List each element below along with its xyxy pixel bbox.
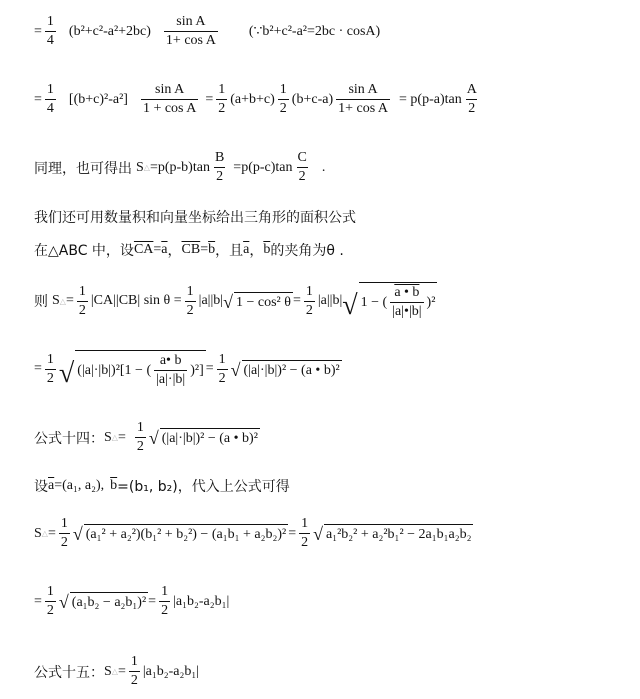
fraction: 12 — [278, 82, 289, 117]
equation-line-2: = 14 [(b+c)²-a²] sin A1 + cos A = 12 (a+… — [34, 82, 482, 117]
square-root: √(a₁b₂ − a₂b₁)² — [59, 592, 148, 611]
formula-label: 公式十五： — [34, 662, 104, 682]
vector-b: b — [208, 242, 215, 258]
fraction: B2 — [213, 150, 226, 185]
fraction: 12 — [45, 352, 56, 387]
intro-text: 我们还可用数量积和向量坐标给出三角形的面积公式 — [34, 207, 356, 227]
square-root: √ 1 − ( a • b|a|•|b| )² — [342, 282, 437, 320]
vector-b: b — [110, 478, 117, 494]
equation-line-4: S △ = 12 √(a₁² + a₂²)(b₁² + b₂²) − (a₁b₁… — [34, 516, 473, 551]
fraction: 12 — [185, 284, 196, 319]
fraction: sin A1 + cos A — [141, 82, 198, 117]
coords-line: 设 a =(a₁, a₂), b =(b₁, b₂)，代入上公式可得 — [34, 476, 290, 496]
fraction: 14 — [45, 82, 56, 117]
expression: =p(p-c)tan — [233, 160, 292, 176]
fraction: 12 — [129, 654, 140, 689]
setup-line: 在△ABC 中，设 CA = a ， CB = b ，且 a ， b 的夹角为θ… — [34, 240, 344, 260]
square-root: √(a₁² + a₂²)(b₁² + b₂²) − (a₁b₁ + a₂b₂)² — [73, 524, 288, 543]
expression: =p(p-b)tan — [150, 160, 210, 176]
formula-label: 公式十四： — [34, 428, 104, 448]
equals-sign: = — [34, 24, 42, 40]
fraction: 12 — [59, 516, 70, 551]
fraction-sin-over-cos: sin A1+ cos A — [164, 14, 218, 49]
square-root: √1 − cos² θ — [223, 292, 293, 311]
expression: = p(p-a)tan — [399, 92, 462, 108]
expression: (b²+c²-a²+2bc) — [69, 24, 151, 40]
equation-line-1: = 14 (b²+c²-a²+2bc) sin A1+ cos A (∵b²+c… — [34, 14, 380, 49]
fraction: 12 — [77, 284, 88, 319]
fraction: 12 — [304, 284, 315, 319]
similarly-line: 同理，也可得出 S △ =p(p-b)tan B2 =p(p-c)tan C2 … — [34, 150, 325, 185]
expression: [(b+c)²-a²] — [69, 92, 128, 108]
fraction: 12 — [216, 82, 227, 117]
fraction: 12 — [217, 352, 228, 387]
equals-sign: = — [205, 92, 213, 108]
then-line: 则 S △ = 12 |CA||CB| sin θ = 12 |a||b| √1… — [34, 282, 437, 320]
fraction: 12 — [299, 516, 310, 551]
fraction: a• b|a|·|b| — [154, 353, 187, 388]
absolute-value: |a₁b₂-a₂b₁| — [143, 664, 199, 680]
absolute-value: |a₁b₂-a₂b₁| — [173, 594, 229, 610]
equals-sign: = — [34, 92, 42, 108]
equation-line-3: = 12 √ (|a|·|b|)²[1 − ( a• b|a|·|b| )²] … — [34, 350, 342, 388]
fraction: 12 — [135, 420, 146, 455]
expression: (a+b+c) — [230, 92, 275, 108]
square-root: √(|a|·|b|)² − (a • b)² — [149, 428, 260, 447]
square-root: √ (|a|·|b|)²[1 − ( a• b|a|·|b| )²] — [59, 350, 206, 388]
expression: (b+c-a) — [292, 92, 333, 108]
formula-15-line: 公式十五： S △ = 12 |a₁b₂-a₂b₁| — [34, 654, 199, 689]
vector-cb: CB — [182, 242, 201, 258]
fraction: sin A1+ cos A — [336, 82, 390, 117]
vector-ca: CA — [134, 242, 153, 258]
intro-line: 我们还可用数量积和向量坐标给出三角形的面积公式 — [34, 207, 356, 227]
fraction: 12 — [45, 584, 56, 619]
square-root: √(|a|·|b|)² − (a • b)² — [231, 360, 342, 379]
fraction-one-quarter: 14 — [45, 14, 56, 49]
fraction: 12 — [159, 584, 170, 619]
square-root: √a₁²b₂² + a₂²b₁² − 2a₁b₁a₂b₂ — [313, 524, 473, 543]
fraction: C2 — [296, 150, 309, 185]
chinese-text: 同理，也可得出 — [34, 158, 132, 178]
fraction: A2 — [465, 82, 479, 117]
vector-b: b — [263, 242, 270, 258]
because-note: (∵b²+c²-a²=2bc · cosA) — [249, 23, 380, 40]
equation-line-5: = 12 √(a₁b₂ − a₂b₁)² = 12 |a₁b₂-a₂b₁| — [34, 584, 229, 619]
fraction: a • b|a|•|b| — [390, 285, 423, 320]
formula-14-line: 公式十四： S △ = 12 √(|a|·|b|)² − (a • b)² — [34, 420, 260, 455]
